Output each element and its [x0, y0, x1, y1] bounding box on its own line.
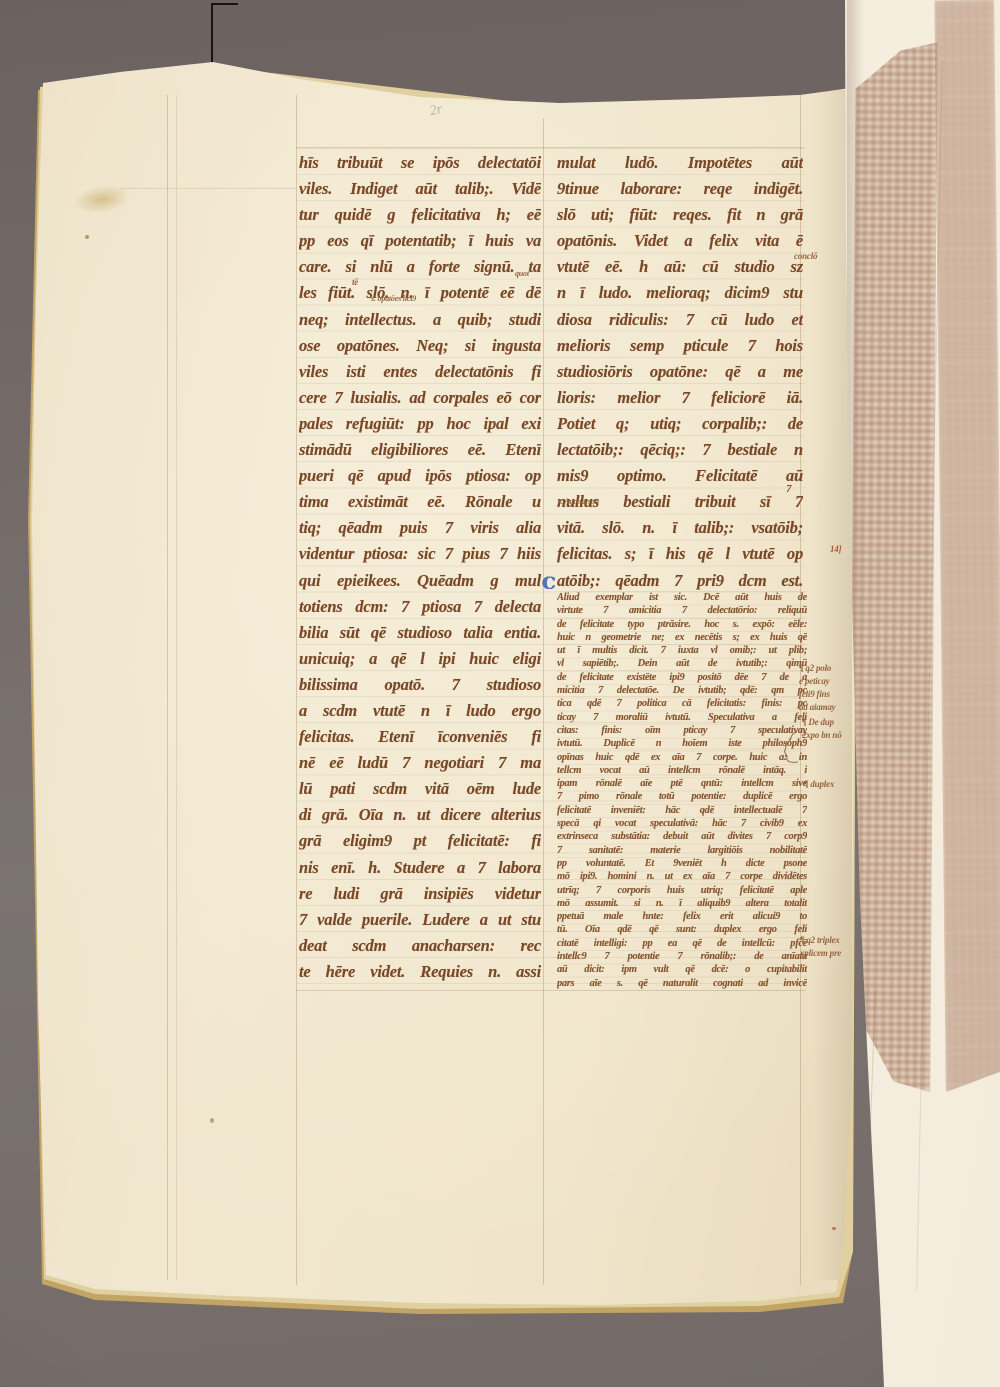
- text-line: grā eligim9 pt felicitatē: fi: [299, 828, 541, 854]
- gloss-line: ivtutū. Duplicē n hoīem iste philosoph9: [557, 737, 807, 750]
- gloss-line: ut ī multis dicit. 7 iuxta vl omib;: ut …: [557, 644, 807, 657]
- text-line: atōib;: qēadm 7 pri9 dcm est.: [557, 568, 803, 594]
- gloss-line: tū. Oīa qdē qē sunt: duplex ergo feli: [557, 923, 807, 936]
- margin-note-block-3: ¶ duplex: [804, 778, 834, 791]
- text-line: qui epieikees. Quēadm g mul: [299, 568, 541, 594]
- gloss-line: huic n geometrie ne; ex necētis s; ex hu…: [557, 631, 807, 644]
- text-line: Potiet q; utiq; corpalib;: de: [557, 411, 803, 437]
- text-line: les fiūt. slō. n. ī potentē eē dē: [299, 280, 541, 306]
- ruling-margin-line-1: [167, 95, 168, 1280]
- parchment-speck-2: [210, 1118, 214, 1123]
- text-line: tiq; qēadm puis 7 viris alia: [299, 515, 541, 541]
- gloss-line: 7 sanitatē: materie largitiōis nobilitat…: [557, 844, 807, 857]
- text-line: care. si nlū a forte signū. ta: [299, 254, 541, 280]
- text-line: pueri qē apud ipōs ptiosa: op: [299, 463, 541, 489]
- manuscript-photo: 2r hīs tribuūt se ipōs delectatōiviles. …: [0, 0, 1000, 1387]
- gloss-line: extrinseca substātia: debuit aūt divites…: [557, 830, 807, 843]
- text-line: te hēre videt. Requies n. assi: [299, 959, 541, 985]
- text-line: opatōnis. Videt a felix vita ē: [557, 228, 803, 254]
- text-line: slō uti; fiūt: reqes. fit n grā: [557, 202, 803, 228]
- margin-note-block-4: ¶ q2 triplexxplicem pre: [800, 934, 841, 960]
- text-line: deat scdm anacharsen: rec: [299, 933, 541, 959]
- ruling-left-margin-line: [120, 188, 296, 189]
- blue-paraph-mark: C: [542, 575, 556, 593]
- text-line: vtutē eē. h aū: cū studio sz: [557, 254, 803, 280]
- margin-line: ¶ q2 polo: [799, 662, 835, 675]
- parchment-stain: [72, 182, 131, 217]
- margin-note-14: 14]: [830, 543, 841, 555]
- margin-note-block-1: ¶ q2 poloe peticayfeli9 finsad aiamay: [799, 662, 835, 714]
- next-folio-ruling-crease-1: [863, 990, 876, 1320]
- gloss-line: ticay 7 moraliū ivtutū. Speculativa a fe…: [557, 711, 807, 724]
- text-line: lū pati scdm vitā oēm lude: [299, 776, 541, 802]
- text-line: cere 7 lusialis. ad corpales eō cor: [299, 385, 541, 411]
- gloss-line: tica qdē 7 politica cā felicitatis: fini…: [557, 697, 807, 710]
- text-line: a scdm vtutē n ī ludo ergo: [299, 698, 541, 724]
- gloss-line: tellcm vocat aū intellcm rōnalē intāq. i: [557, 764, 807, 777]
- margin-line: ¶ duplex: [804, 778, 834, 791]
- ruling-margin-line-2: [176, 95, 177, 1280]
- text-column-right: mulat ludō. Impotētes aūt9tinue laborare…: [557, 150, 803, 594]
- text-line: viles isti entes delectatōnis fi: [299, 359, 541, 385]
- text-line: bilia sūt qē studioso talia entia.: [299, 620, 541, 646]
- text-line: studiosiōris opatōne: qē a me: [557, 359, 803, 385]
- parchment-speck-3: [832, 1227, 836, 1230]
- text-line: n ī ludo. melioraq; dicim9 stu: [557, 280, 803, 306]
- margin-note-et: 7: [786, 483, 791, 495]
- gloss-line: opīnas huic qdē ex aīa 7 corpe. huic a: …: [557, 751, 807, 764]
- next-folio-text-column-2: [934, 0, 1000, 1092]
- text-line: totiens dcm: 7 ptiosa 7 delecta: [299, 594, 541, 620]
- text-line: di grā. Oīa n. ut dicere alterius: [299, 802, 541, 828]
- margin-line: xplicem pre: [800, 947, 841, 960]
- gloss-line: utrīq; 7 corporis huis utriq; felicitatē…: [557, 884, 807, 897]
- margin-note-block-2: ¶ De dup2xpo bn nō: [802, 716, 842, 742]
- text-line: tima existimāt eē. Rōnale u: [299, 489, 541, 515]
- text-line: 7 valde puerile. Ludere a ut stu: [299, 907, 541, 933]
- text-line: mis9 optimo. Felicitatē aū: [557, 463, 803, 489]
- gloss-line: Aliud exemplar ist sic. Dcē aūt huis de: [557, 591, 807, 604]
- gloss-line: pars aīe s. qē naturalit cognati ad invi…: [557, 977, 807, 990]
- gloss-line: intellc9 7 potentie 7 rōnalib;: de anīat…: [557, 950, 807, 963]
- margin-note-conclusio: conclō: [794, 250, 817, 262]
- text-line: melioris semp pticule 7 hois: [557, 333, 803, 359]
- text-line: felicitas. Etenī īconveniēs fi: [299, 724, 541, 750]
- text-line: re ludi grā insipiēs videtur: [299, 881, 541, 907]
- margin-line: ¶ De dup: [802, 716, 842, 729]
- text-line: nē eē ludū 7 negotiari 7 ma: [299, 750, 541, 776]
- pencil-mark: 2r: [428, 102, 444, 121]
- text-line: 9tinue laborare: reqe indigēt.: [557, 176, 803, 202]
- gloss-line: mō assumit. si n. ī aliquib9 altera tota…: [557, 897, 807, 910]
- text-line: bilissima opatō. 7 studioso: [299, 672, 541, 698]
- margin-line: feli9 fins: [799, 688, 835, 701]
- margin-note-quot: quot: [515, 268, 529, 280]
- gloss-line: pp voluntatē. Et 9veniēt h dicte psone: [557, 857, 807, 870]
- gloss-line: de felicitate existēte ipi9 positō dēe 7…: [557, 671, 807, 684]
- margin-line: ad aiamay: [799, 701, 835, 714]
- gloss-line: micitia 7 delectatōe. De ivtutib; qdē: q…: [557, 684, 807, 697]
- interlinear-note-operationes: s. opatōes lici9: [371, 293, 416, 305]
- margin-line: ¶ q2 triplex: [800, 934, 841, 947]
- text-line: hīs tribuūt se ipōs delectatōi: [299, 150, 541, 176]
- text-line: viles. Indiget aūt talib;. Vidē: [299, 176, 541, 202]
- gloss-line: de felicitate typo ptrāsire. hoc s. expō…: [557, 618, 807, 631]
- text-line: lioris: melior 7 feliciorē iā.: [557, 385, 803, 411]
- text-line: mulat ludō. Impotētes aūt: [557, 150, 803, 176]
- gloss-line: specā qi vocat speculativā: hāc 7 civib9…: [557, 817, 807, 830]
- text-line: nis enī. h. Studere a 7 labora: [299, 855, 541, 881]
- gloss-line: ipam rōnalē aīe ptē qntū: intellcm sive: [557, 777, 807, 790]
- margin-face-doodle: [781, 731, 801, 765]
- gloss-line: 7 pimo rōnale totū potentie: duplicē erg…: [557, 790, 807, 803]
- text-line: felicitas. s; ī his qē l vtutē op: [557, 541, 803, 567]
- background-thread-horizontal: [211, 3, 238, 5]
- text-line: stimādū eligibiliores eē. Etenī: [299, 437, 541, 463]
- gloss-line: felicitatē inveniēt: hāc qdē intellectua…: [557, 804, 807, 817]
- text-line: pp eos qī potentatib; ī huis va: [299, 228, 541, 254]
- gloss-line: mō ipi9. homini n. ut ex aīa 7 corpe div…: [557, 870, 807, 883]
- text-line: videntur ptiosa: sic 7 pius 7 hiis: [299, 541, 541, 567]
- background-thread-vertical: [211, 3, 213, 65]
- text-line: vitā. slō. n. ī talib;: vsatōib;: [557, 515, 803, 541]
- gloss-column: Aliud exemplar ist sic. Dcē aūt huis dev…: [557, 591, 807, 990]
- text-line: pales refugiūt: pp hoc ipal exi: [299, 411, 541, 437]
- gloss-line: citatē intelligi: pp ea qē de intellcū: …: [557, 937, 807, 950]
- text-column-left: hīs tribuūt se ipōs delectatōiviles. Ind…: [299, 150, 541, 985]
- text-line: neq; intellectus. a quib; studi: [299, 307, 541, 333]
- gloss-line: aū dicit: ipm vult qē dcē: o cupitabilit: [557, 963, 807, 976]
- margin-line: 2xpo bn nō: [802, 729, 842, 742]
- gloss-line: virtute 7 amicitia 7 delectatōrio: reliq…: [557, 604, 807, 617]
- interlinear-note-tc: tē: [352, 276, 358, 288]
- text-line: diosa ridiculis: 7 cū ludo et: [557, 307, 803, 333]
- margin-line: e peticay: [799, 675, 835, 688]
- text-line: tur quidē g felicitativa h; eē: [299, 202, 541, 228]
- text-line: unicuiq; a qē l ipi huic eligi: [299, 646, 541, 672]
- gloss-line: citas: finis: oīm pticay 7 speculativay: [557, 724, 807, 737]
- gloss-line: vl sapiētib;. Dein aūt de ivtutib;: qimū: [557, 657, 807, 670]
- gloss-line: ppetuā male hnte: felix erit alicui9 to: [557, 910, 807, 923]
- text-line: lectatōib;: qēciq;: 7 bestiale n: [557, 437, 803, 463]
- text-line: ose opatōnes. Neq; si ingusta: [299, 333, 541, 359]
- interlinear-note-anacharsis: s. Aucharson: [558, 496, 599, 508]
- parchment-speck-1: [85, 235, 89, 239]
